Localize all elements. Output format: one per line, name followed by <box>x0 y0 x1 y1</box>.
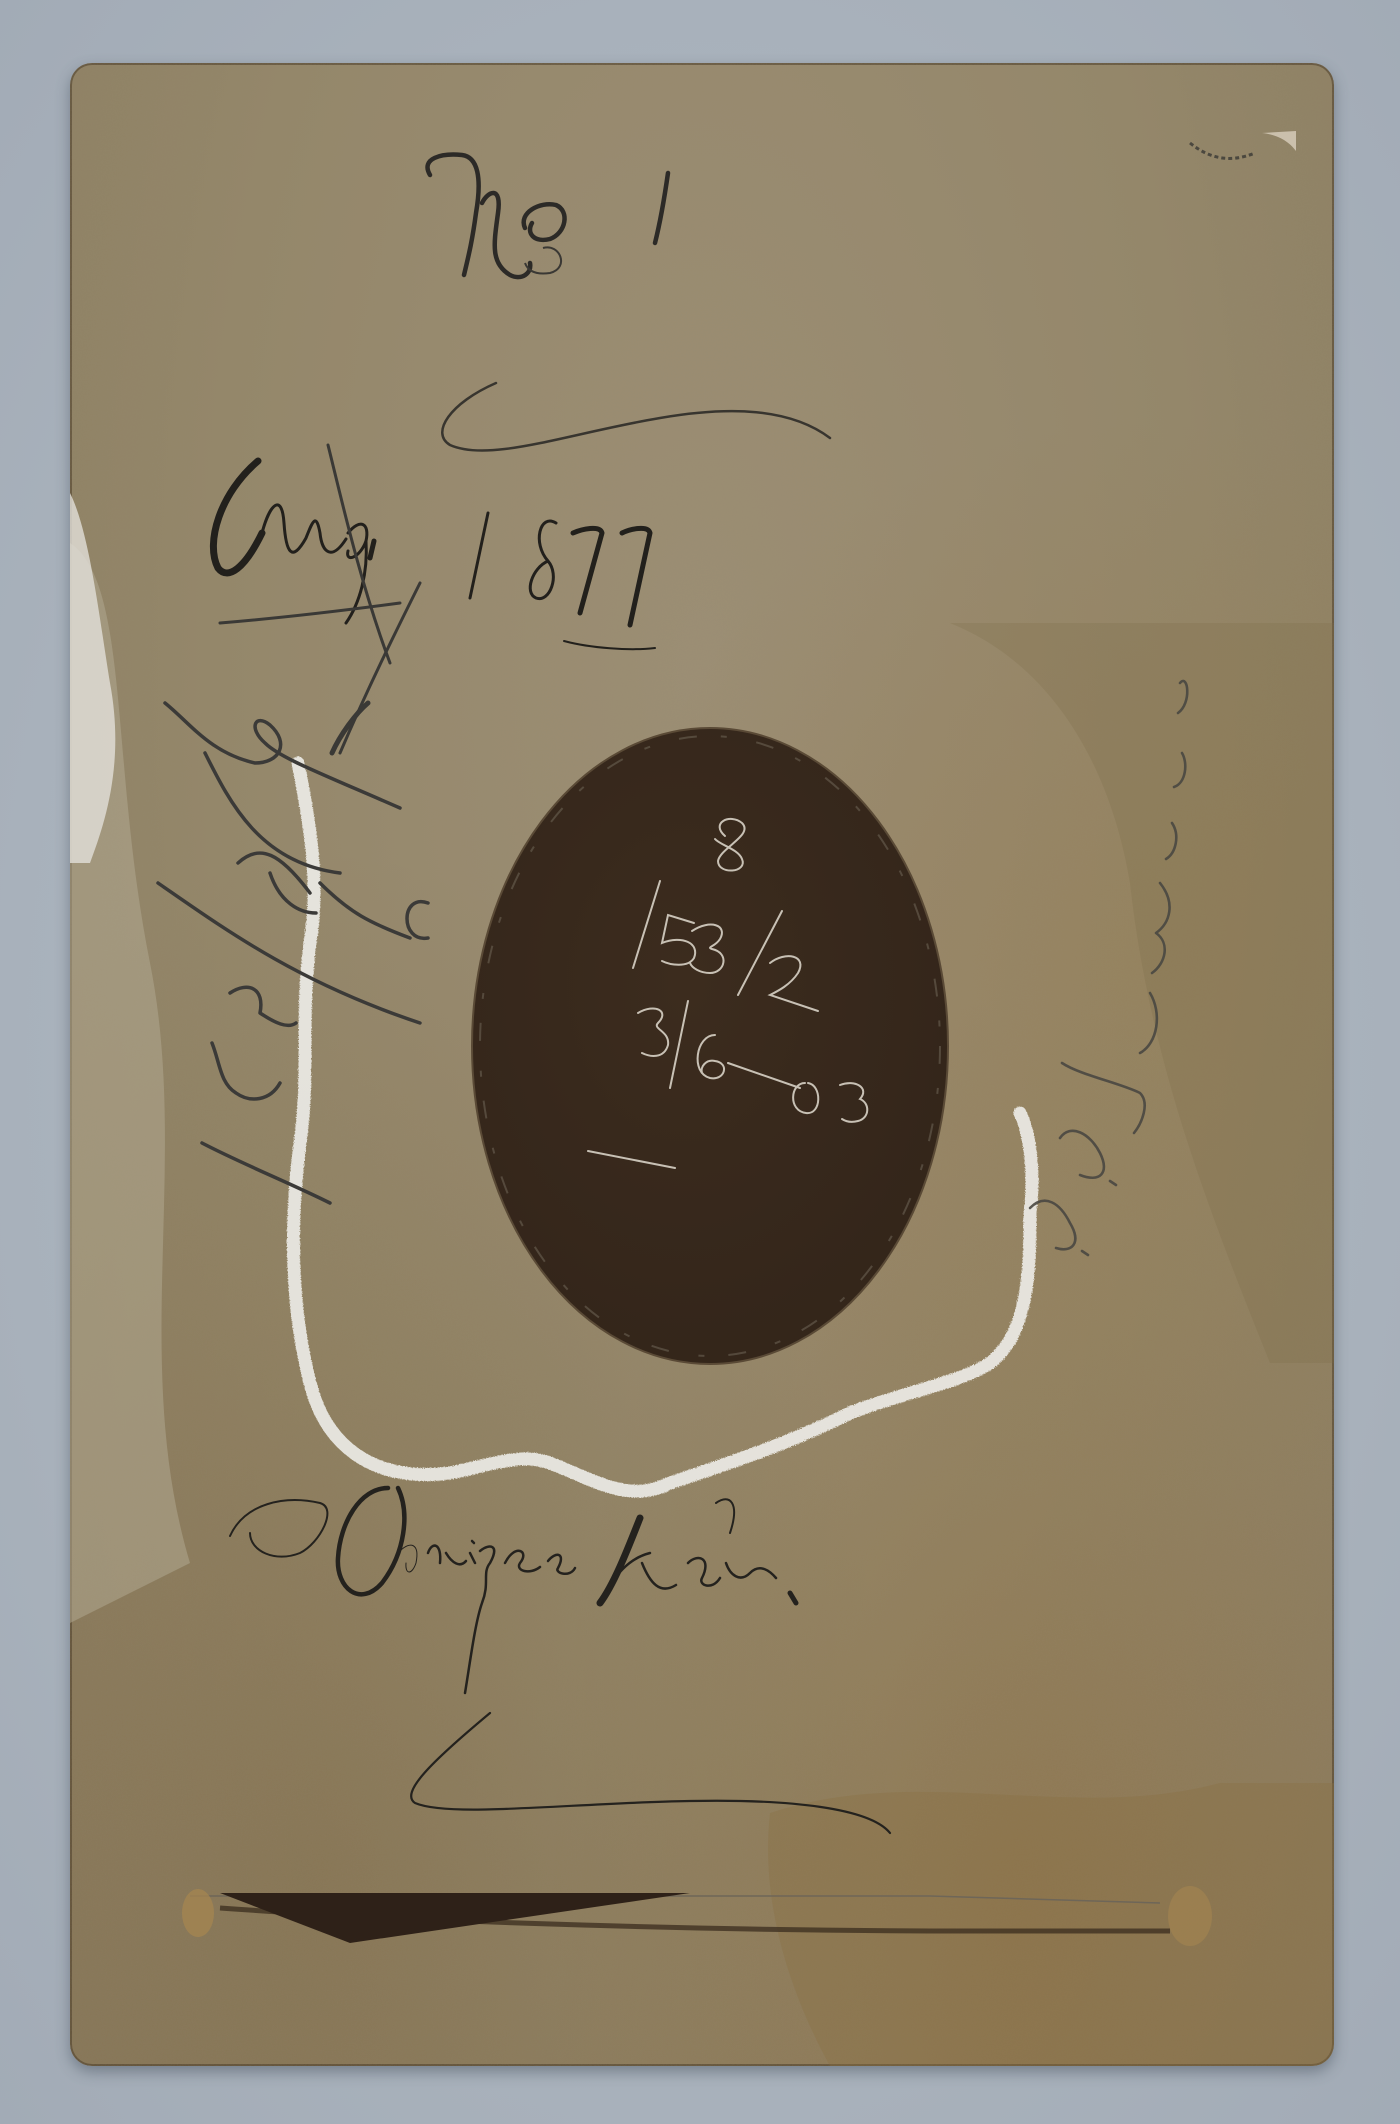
card-artwork <box>70 63 1334 2066</box>
photo-card-back: No 1 Aug. 1877 Devizes Kans. 153/2 S 10 … <box>70 63 1334 2066</box>
rivet-left <box>182 1889 214 1937</box>
oval-window <box>472 728 948 1364</box>
rivet-right <box>1168 1886 1212 1946</box>
stain-bottom-right <box>768 1783 1334 2066</box>
